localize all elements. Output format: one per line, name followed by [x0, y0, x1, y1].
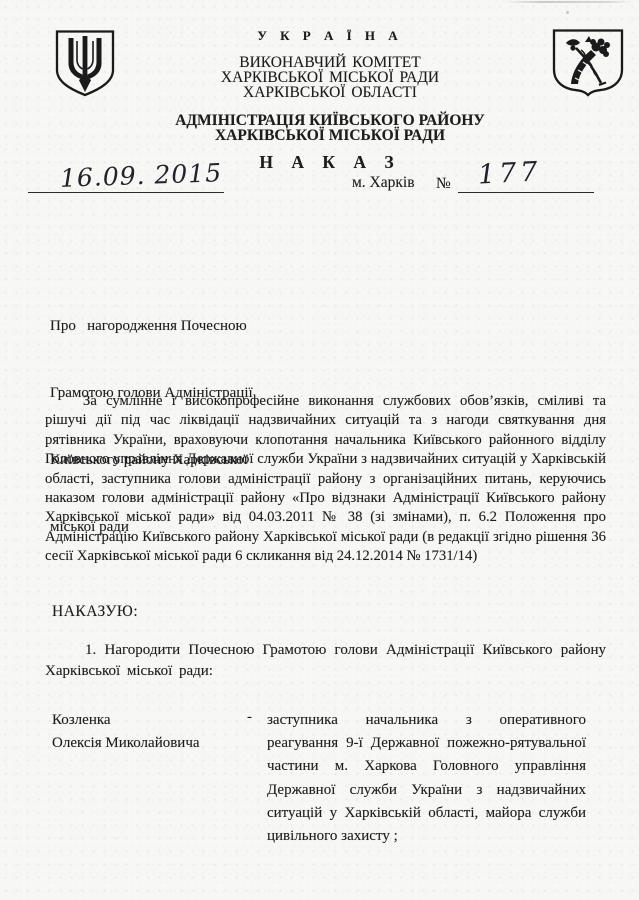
country-title: У К Р А Ї Н А — [110, 28, 550, 44]
org-line-1: ВИКОНАВЧИЙ КОМІТЕТ — [110, 55, 550, 70]
issuing-organization: ВИКОНАВЧИЙ КОМІТЕТ ХАРКІВСЬКОЇ МІСЬКОЇ Р… — [110, 55, 550, 101]
number-sign: № — [436, 175, 451, 193]
kharkiv-city-emblem — [549, 28, 627, 100]
recipient-description: заступника начальника з оперативного реа… — [267, 709, 586, 848]
city-label: м. Харків — [352, 174, 415, 192]
ukraine-trident-emblem — [52, 29, 118, 97]
scan-artifact-dot — [566, 11, 569, 14]
administration-title: АДМІНІСТРАЦІЯ КИЇВСЬКОГО РАЙОНУ ХАРКІВСЬ… — [110, 113, 550, 143]
recipient-name: Козленка Олексія Миколайовича — [52, 709, 200, 755]
handwritten-number: 177 — [477, 156, 542, 190]
order-heading: НАКАЗУЮ: — [52, 603, 138, 621]
recipient-dash: - — [247, 709, 252, 726]
order-item-1: 1. Нагородити Почесною Грамотою голови А… — [45, 640, 606, 682]
letterhead: У К Р А Ї Н А ВИКОНАВЧИЙ КОМІТЕТ ХАРКІВС… — [110, 28, 550, 173]
admin-line-1: АДМІНІСТРАЦІЯ КИЇВСЬКОГО РАЙОНУ — [110, 113, 550, 128]
document-page: У К Р А Ї Н А ВИКОНАВЧИЙ КОМІТЕТ ХАРКІВС… — [0, 0, 639, 900]
subject-line-1: Про нагородження Почесною — [50, 315, 253, 337]
scan-artifact-streak — [503, 1, 633, 3]
admin-line-2: ХАРКІВСЬКОЇ МІСЬКОЇ РАДИ — [110, 128, 550, 143]
preamble-paragraph: За сумлінне і високопрофесійне виконання… — [45, 392, 606, 567]
recipient-surname: Козленка — [52, 709, 200, 732]
org-line-3: ХАРКІВСЬКОЇ ОБЛАСТІ — [110, 85, 550, 100]
recipient-given-names: Олексія Миколайовича — [52, 732, 200, 755]
date-underline — [28, 176, 224, 193]
